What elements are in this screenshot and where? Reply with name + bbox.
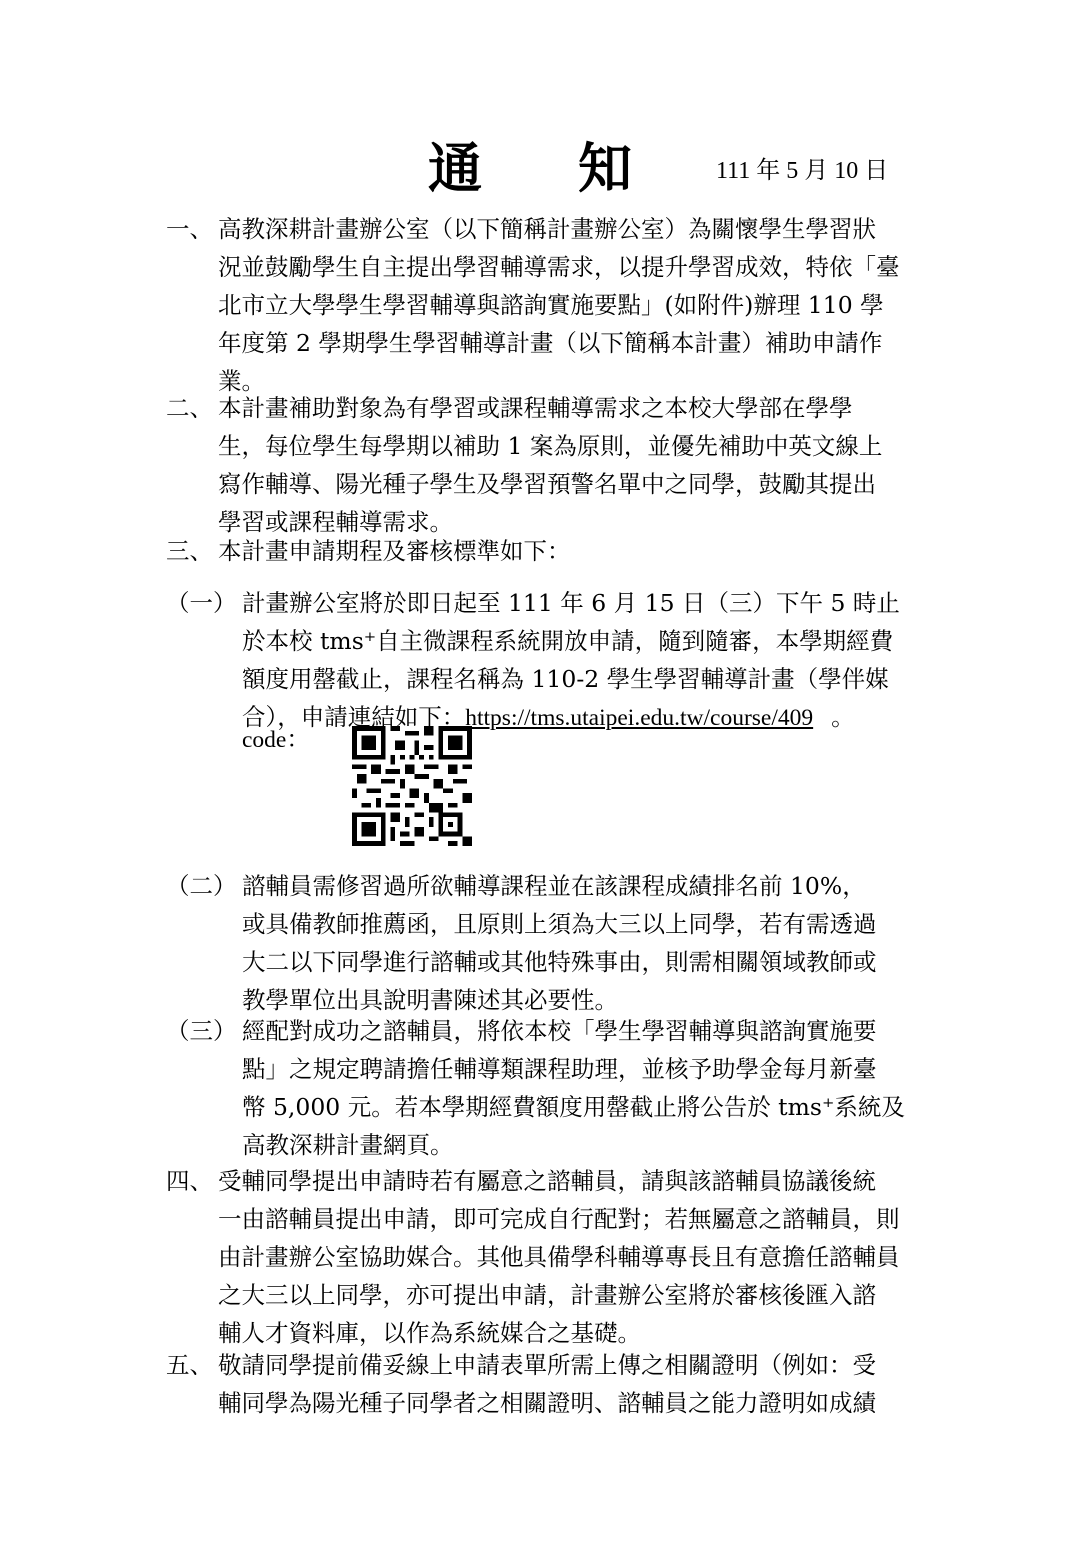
section-text: 高教深耕計畫辦公室（以下簡稱計畫辦公室）為關懷學生學習狀 bbox=[218, 215, 876, 243]
subsection-text: 諮輔員需修習過所欲輔導課程並在該課程成績排名前 10%， bbox=[242, 872, 866, 900]
subsection-text: 大二以下同學進行諮輔或其他特殊事由，則需相關領域教師或 bbox=[166, 943, 928, 981]
section-marker: 三、 bbox=[166, 532, 218, 570]
subsection-marker: （二） bbox=[166, 867, 242, 905]
document-date: 111 年 5 月 10 日 bbox=[716, 156, 888, 186]
subsection-text: 計畫辦公室將於即日起至 111 年 6 月 15 日（三）下午 5 時止 bbox=[242, 589, 900, 617]
qr-code-icon bbox=[352, 726, 472, 846]
section-marker: 五、 bbox=[166, 1346, 218, 1384]
section-1: 一、高教深耕計畫辦公室（以下簡稱計畫辦公室）為關懷學生學習狀 況並鼓勵學生自主提… bbox=[166, 210, 928, 400]
subsection-text: 額度用罄截止，課程名稱為 110-2 學生學習輔導計畫（學伴媒 bbox=[166, 660, 928, 698]
subsection-text: 於本校 tms⁺自主微課程系統開放申請，隨到隨審，本學期經費 bbox=[166, 622, 928, 660]
section-marker: 一、 bbox=[166, 210, 218, 248]
section-text: 年度第 2 學期學生學習輔導計畫（以下簡稱本計畫）補助申請作 bbox=[166, 324, 928, 362]
section-text: 況並鼓勵學生自主提出學習輔導需求，以提升學習成效，特依「臺 bbox=[166, 248, 928, 286]
section-text: 輔同學為陽光種子同學者之相關證明、諮輔員之能力證明如成績 bbox=[166, 1384, 928, 1422]
section-text: 由計畫辦公室協助媒合。其他具備學科輔導專長且有意擔任諮輔員 bbox=[166, 1238, 928, 1276]
document-page: 通知 111 年 5 月 10 日 一、高教深耕計畫辦公室（以下簡稱計畫辦公室）… bbox=[0, 0, 1092, 1544]
subsection-text: 或具備教師推薦函，且原則上須為大三以上同學，若有需透過 bbox=[166, 905, 928, 943]
subsection-marker: （一） bbox=[166, 584, 242, 622]
section-text: 生，每位學生每學期以補助 1 案為原則，並優先補助中英文線上 bbox=[166, 427, 928, 465]
section-marker: 四、 bbox=[166, 1162, 218, 1200]
section-text: 受輔同學提出申請時若有屬意之諮輔員，請與該諮輔員協議後統 bbox=[218, 1167, 876, 1195]
subsection-1: （一）計畫辦公室將於即日起至 111 年 6 月 15 日（三）下午 5 時止 … bbox=[166, 584, 928, 736]
section-3: 三、本計畫申請期程及審核標準如下： bbox=[166, 532, 928, 570]
qr-code-label: code： bbox=[242, 720, 310, 754]
subsection-marker: （三） bbox=[166, 1012, 242, 1050]
section-2: 二、本計畫補助對象為有學習或課程輔導需求之本校大學部在學學 生，每位學生每學期以… bbox=[166, 389, 928, 541]
subsection-text: 幣 5,000 元。若本學期經費額度用罄截止將公告於 tms⁺系統及 bbox=[166, 1088, 928, 1126]
document-title: 通知 bbox=[428, 138, 728, 198]
link-suffix: 。 bbox=[813, 703, 855, 731]
section-text: 北市立大學學生學習輔導與諮詢實施要點」(如附件)辦理 110 學 bbox=[166, 286, 928, 324]
section-text: 本計畫申請期程及審核標準如下： bbox=[218, 537, 571, 565]
subsection-text: 經配對成功之諮輔員，將依本校「學生學習輔導與諮詢實施要 bbox=[242, 1017, 877, 1045]
section-4: 四、受輔同學提出申請時若有屬意之諮輔員，請與該諮輔員協議後統 一由諮輔員提出申請… bbox=[166, 1162, 928, 1352]
subsection-text: 點」之規定聘請擔任輔導類課程助理，並核予助學金每月新臺 bbox=[166, 1050, 928, 1088]
section-5: 五、敬請同學提前備妥線上申請表單所需上傳之相關證明（例如：受 輔同學為陽光種子同… bbox=[166, 1346, 928, 1422]
subsection-text: 高教深耕計畫網頁。 bbox=[166, 1126, 928, 1164]
section-text: 之大三以上同學，亦可提出申請，計畫辦公室將於審核後匯入諮 bbox=[166, 1276, 928, 1314]
section-text: 一由諮輔員提出申請，即可完成自行配對；若無屬意之諮輔員，則 bbox=[166, 1200, 928, 1238]
header: 通知 111 年 5 月 10 日 bbox=[0, 138, 1092, 198]
section-text: 寫作輔導、陽光種子學生及學習預警名單中之同學，鼓勵其提出 bbox=[166, 465, 928, 503]
section-marker: 二、 bbox=[166, 389, 218, 427]
section-text: 敬請同學提前備妥線上申請表單所需上傳之相關證明（例如：受 bbox=[218, 1351, 876, 1379]
subsection-3: （三）經配對成功之諮輔員，將依本校「學生學習輔導與諮詢實施要 點」之規定聘請擔任… bbox=[166, 1012, 928, 1164]
subsection-2: （二）諮輔員需修習過所欲輔導課程並在該課程成績排名前 10%， 或具備教師推薦函… bbox=[166, 867, 928, 1019]
application-link[interactable]: https://tms.utaipei.edu.tw/course/409 bbox=[465, 705, 813, 731]
section-text: 本計畫補助對象為有學習或課程輔導需求之本校大學部在學學 bbox=[218, 394, 853, 422]
